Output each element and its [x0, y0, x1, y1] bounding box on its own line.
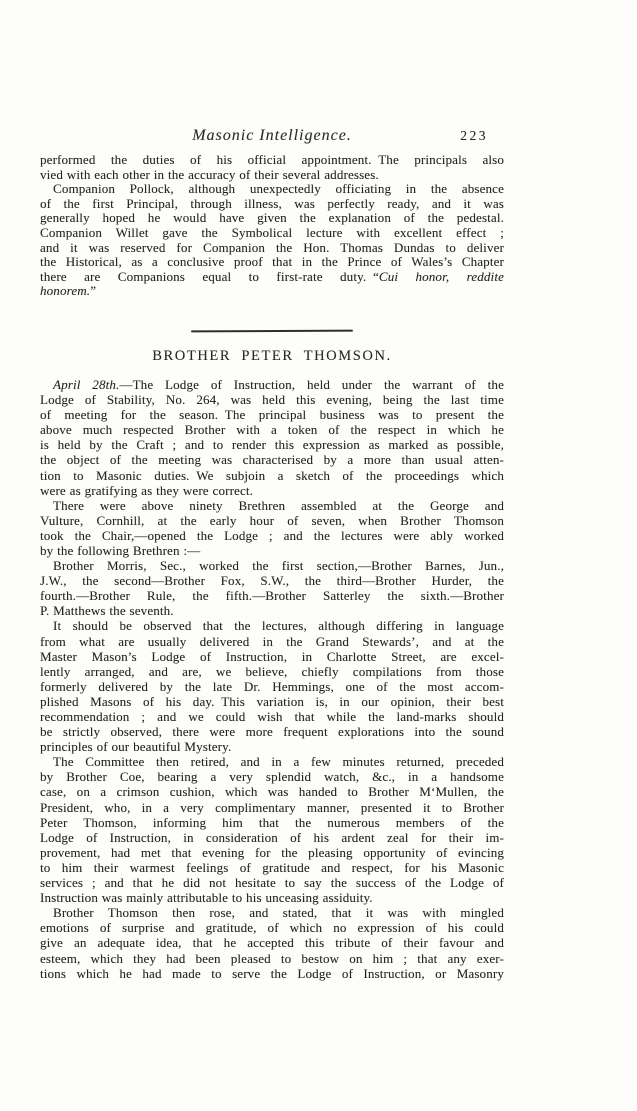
- text-line: Companion Pollock, although unexpectedly…: [40, 182, 504, 197]
- paragraph: performed the duties of his official app…: [40, 153, 504, 182]
- section-divider-rule: [191, 330, 353, 333]
- text-line: fourth.—Brother Rule, the fifth.—Brother…: [40, 588, 504, 603]
- page-number: 223: [460, 128, 488, 144]
- text-line: recommendation ; and we could wish that …: [40, 709, 504, 724]
- text-line: esteem, which they had been pleased to b…: [40, 951, 504, 966]
- text-line: of meeting for the season. The principal…: [40, 407, 504, 422]
- text-line: Instruction was mainly attributable to h…: [40, 890, 504, 905]
- text-line: President, who, in a very complimentary …: [40, 800, 504, 815]
- paragraph: It should be observed that the lectures,…: [40, 618, 504, 754]
- paragraph: Brother Thomson then rose, and stated, t…: [40, 905, 504, 980]
- paragraph: April 28th.—The Lodge of Instruction, he…: [40, 377, 504, 498]
- text-line: honorem.”: [40, 284, 504, 299]
- article-heading: BROTHER PETER THOMSON.: [40, 347, 504, 365]
- text-line: tion to Masonic duties. We subjoin a ske…: [40, 468, 504, 483]
- text-line: give an adequate idea, that he accepted …: [40, 935, 504, 950]
- text-line: It should be observed that the lectures,…: [40, 618, 504, 633]
- text-line: above much respected Brother with a toke…: [40, 422, 504, 437]
- scanned-book-page: Masonic Intelligence. 223 performed the …: [0, 0, 637, 1111]
- text-line: lently arranged, and are, we believe, ch…: [40, 664, 504, 679]
- text-line: Companion Willet gave the Symbolical lec…: [40, 226, 504, 241]
- paragraph: Brother Morris, Sec., worked the first s…: [40, 558, 504, 618]
- text-line: Lodge of Stability, No. 264, was held th…: [40, 392, 504, 407]
- text-line: vied with each other in the accuracy of …: [40, 168, 504, 183]
- paragraph: There were above ninety Brethren assembl…: [40, 498, 504, 558]
- text-line: took the Chair,—opened the Lodge ; and t…: [40, 528, 504, 543]
- paragraph: The Committee then retired, and in a few…: [40, 754, 504, 905]
- text-line: Brother Morris, Sec., worked the first s…: [40, 558, 504, 573]
- text-line: be strictly observed, there were more fr…: [40, 724, 504, 739]
- intro-section: performed the duties of his official app…: [40, 153, 504, 299]
- text-line: formerly delivered by the late Dr. Hemmi…: [40, 679, 504, 694]
- text-line: principles of our beautiful Mystery.: [40, 739, 504, 754]
- text-line: Brother Thomson then rose, and stated, t…: [40, 905, 504, 920]
- page-content: performed the duties of his official app…: [40, 153, 504, 981]
- text-line: of the first Principal, through illness,…: [40, 197, 504, 212]
- text-line: Peter Thomson, informing him that the nu…: [40, 815, 504, 830]
- text-line: The Committee then retired, and in a few…: [40, 754, 504, 769]
- text-line: and it was reserved for Companion the Ho…: [40, 241, 504, 256]
- text-line: tions which he had made to serve the Lod…: [40, 966, 504, 981]
- text-line: is held by the Craft ; and to render thi…: [40, 437, 504, 452]
- text-line: plished Masons of his day. This variatio…: [40, 694, 504, 709]
- text-line: Lodge of Instruction, in consideration o…: [40, 830, 504, 845]
- text-line: services ; and that he did not hesitate …: [40, 875, 504, 890]
- text-line: by the following Brethren :—: [40, 543, 504, 558]
- text-line: by Brother Coe, bearing a very splendid …: [40, 769, 504, 784]
- text-line: P. Matthews the seventh.: [40, 603, 504, 618]
- article-section: April 28th.—The Lodge of Instruction, he…: [40, 377, 504, 981]
- paragraph: Companion Pollock, although unexpectedly…: [40, 182, 504, 299]
- text-line: were as gratifying as they were correct.: [40, 483, 504, 498]
- running-header: Masonic Intelligence. 223: [40, 127, 504, 149]
- text-line: generally hoped he would have given the …: [40, 211, 504, 226]
- text-line: J.W., the second—Brother Fox, S.W., the …: [40, 573, 504, 588]
- text-line: from what are usually delivered in the G…: [40, 634, 504, 649]
- text-line: to him their warmest feelings of gratitu…: [40, 860, 504, 875]
- text-line: emotions of surprise and gratitude, of w…: [40, 920, 504, 935]
- text-line: case, on a crimson cushion, which was ha…: [40, 784, 504, 799]
- text-line: there are Companions equal to first-rate…: [40, 270, 504, 285]
- text-line: Master Mason’s Lodge of Instruction, in …: [40, 649, 504, 664]
- text-line: Vulture, Cornhill, at the early hour of …: [40, 513, 504, 528]
- running-header-title: Masonic Intelligence.: [40, 127, 504, 145]
- text-line: the object of the meeting was characteri…: [40, 452, 504, 467]
- text-line: There were above ninety Brethren assembl…: [40, 498, 504, 513]
- text-line: performed the duties of his official app…: [40, 153, 504, 168]
- text-line: the Historical, as a conclusive proof th…: [40, 255, 504, 270]
- text-line: provement, had met that evening for the …: [40, 845, 504, 860]
- text-line: April 28th.—The Lodge of Instruction, he…: [40, 377, 504, 392]
